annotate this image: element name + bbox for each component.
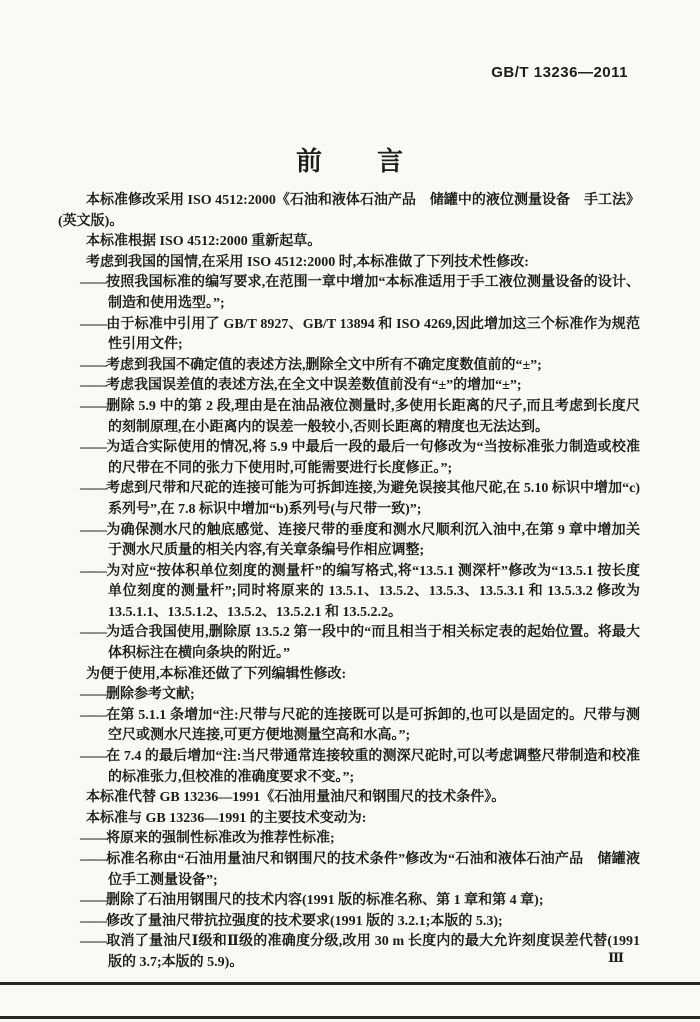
text-run: 为适合我国使用,删除原 13.5.2 第一段中的“而且相当于相关标定表的起始位置… — [106, 625, 640, 661]
text-run: 在 7.4 的最后增加“注:当尺带通常连接较重的测深尺砣时,可以考虑调整尺带制造… — [106, 749, 640, 785]
text-run: 考虑到尺带和尺砣的连接可能为可拆卸连接,为避免误接其他尺砣,在 5.10 标识中… — [106, 481, 640, 517]
text-run: 在第 5.1.1 条增加“注:尺带与尺砣的连接既可以是可拆卸的,也可以是固定的。… — [106, 708, 640, 744]
text-run: 为对应“按体积单位刻度的测量杆”的编写格式,将“13.5.1 测深杆”修改为“1… — [106, 564, 640, 620]
text-run: 考虑到我国的国情,在采用 ISO 4512:2000 时,本标准做了下列技术性修… — [86, 255, 529, 270]
em-dash-bullet: —— — [80, 358, 106, 373]
change-list-item: ——在 7.4 的最后增加“注:当尺带通常连接较重的测深尺砣时,可以考虑调整尺带… — [58, 747, 640, 788]
em-dash-bullet: —— — [80, 523, 106, 538]
text-run: 标准名称由“石油用量油尺和钢围尺的技术条件”修改为“石油和液体石油产品 储罐液位… — [106, 852, 640, 888]
text-run: 为便于使用,本标准还做了下列编辑性修改: — [86, 667, 346, 682]
em-dash-bullet: —— — [80, 564, 106, 579]
change-list-item: ——为对应“按体积单位刻度的测量杆”的编写格式,将“13.5.1 测深杆”修改为… — [58, 562, 640, 624]
paragraph: 本标准修改采用 ISO 4512:2000《石油和液体石油产品 储罐中的液位测量… — [58, 191, 640, 232]
text-run: 删除了石油用钢围尺的技术内容(1991 版的标准名称、第 1 章和第 4 章); — [106, 893, 544, 908]
change-list-item: ——考虑到尺带和尺砣的连接可能为可拆卸连接,为避免误接其他尺砣,在 5.10 标… — [58, 479, 640, 520]
change-list-item: ——由于标准中引用了 GB/T 8927、GB/T 13894 和 ISO 42… — [58, 315, 640, 356]
text-run: 本标准修改采用 ISO 4512:2000《石油和液体石油产品 储罐中的液位测量… — [58, 193, 640, 229]
change-list-item: ——删除了石油用钢围尺的技术内容(1991 版的标准名称、第 1 章和第 4 章… — [58, 891, 640, 912]
text-run: 修改了量油尺带抗拉强度的技术要求(1991 版的 3.2.1;本版的 5.3); — [106, 914, 503, 929]
em-dash-bullet: —— — [80, 481, 106, 496]
change-list-item: ——删除 5.9 中的第 2 段,理由是在油品液位测量时,多使用长距离的尺子,而… — [58, 397, 640, 438]
text-run: 由于标准中引用了 GB/T 8927、GB/T 13894 和 ISO 4269… — [106, 317, 640, 353]
document-body: 本标准修改采用 ISO 4512:2000《石油和液体石油产品 储罐中的液位测量… — [58, 191, 640, 974]
change-list-item: ——为确保测水尺的触底感觉、连接尺带的垂度和测水尺顺利沉入油中,在第 9 章中增… — [58, 521, 640, 562]
em-dash-bullet: —— — [80, 399, 106, 414]
change-list-item: ——取消了量油尺Ⅰ级和Ⅱ级的准确度分级,改用 30 m 长度内的最大允许刻度误差… — [58, 932, 640, 973]
text-run: 为确保测水尺的触底感觉、连接尺带的垂度和测水尺顺利沉入油中,在第 9 章中增加关… — [106, 523, 640, 559]
em-dash-bullet: —— — [80, 934, 106, 949]
page-bottom-edge-line — [0, 982, 700, 985]
text-run: 本标准根据 ISO 4512:2000 重新起草。 — [86, 234, 321, 249]
em-dash-bullet: —— — [80, 749, 106, 764]
change-list-item: ——为适合实际使用的情况,将 5.9 中最后一段的最后一句修改为“当按标准张力制… — [58, 438, 640, 479]
em-dash-bullet: —— — [80, 893, 106, 908]
change-list-item: ——修改了量油尺带抗拉强度的技术要求(1991 版的 3.2.1;本版的 5.3… — [58, 912, 640, 933]
text-run: 考虑到我国不确定值的表述方法,删除全文中所有不确定度数值前的“±”; — [106, 358, 542, 373]
em-dash-bullet: —— — [80, 625, 106, 640]
change-list-item: ——为适合我国使用,删除原 13.5.2 第一段中的“而且相当于相关标定表的起始… — [58, 623, 640, 664]
em-dash-bullet: —— — [80, 852, 106, 867]
em-dash-bullet: —— — [80, 440, 106, 455]
em-dash-bullet: —— — [80, 687, 106, 702]
change-list-item: ——考虑我国误差值的表述方法,在全文中误差数值前没有“±”的增加“±”; — [58, 376, 640, 397]
change-list-item: ——删除参考文献; — [58, 685, 640, 706]
text-run: 将原来的强制性标准改为推荐性标准; — [106, 831, 335, 846]
change-list-item: ——标准名称由“石油用量油尺和钢围尺的技术条件”修改为“石油和液体石油产品 储罐… — [58, 850, 640, 891]
text-run: 考虑我国误差值的表述方法,在全文中误差数值前没有“±”的增加“±”; — [106, 378, 522, 393]
change-list-item: ——按照我国标准的编写要求,在范围一章中增加“本标准适用于手工液位测量设备的设计… — [58, 273, 640, 314]
scanned-standard-page: GB/T 13236—2011 前 言 本标准修改采用 ISO 4512:200… — [0, 0, 700, 1022]
paragraph: 为便于使用,本标准还做了下列编辑性修改: — [58, 665, 640, 686]
em-dash-bullet: —— — [80, 275, 106, 290]
scan-bottom-edge-line — [0, 1016, 700, 1019]
em-dash-bullet: —— — [80, 831, 106, 846]
text-run: 按照我国标准的编写要求,在范围一章中增加“本标准适用于手工液位测量设备的设计、制… — [106, 275, 640, 311]
paragraph: 本标准代替 GB 13236—1991《石油用量油尺和钢围尺的技术条件》。 — [58, 788, 640, 809]
paragraph: 本标准根据 ISO 4512:2000 重新起草。 — [58, 232, 640, 253]
paragraph: 本标准与 GB 13236—1991 的主要技术变动为: — [58, 809, 640, 830]
em-dash-bullet: —— — [80, 708, 106, 723]
text-run: 本标准代替 GB 13236—1991《石油用量油尺和钢围尺的技术条件》。 — [86, 790, 505, 805]
text-run: 删除参考文献; — [106, 687, 195, 702]
page-number: Ⅲ — [608, 950, 624, 966]
change-list-item: ——将原来的强制性标准改为推荐性标准; — [58, 829, 640, 850]
em-dash-bullet: —— — [80, 317, 106, 332]
em-dash-bullet: —— — [80, 378, 106, 393]
standard-number: GB/T 13236—2011 — [491, 64, 628, 81]
text-run: 删除 5.9 中的第 2 段,理由是在油品液位测量时,多使用长距离的尺子,而且考… — [106, 399, 640, 435]
text-run: 取消了量油尺Ⅰ级和Ⅱ级的准确度分级,改用 30 m 长度内的最大允许刻度误差代替… — [106, 934, 640, 970]
em-dash-bullet: —— — [80, 914, 106, 929]
page-title: 前 言 — [0, 141, 700, 178]
text-run: 本标准与 GB 13236—1991 的主要技术变动为: — [86, 811, 366, 826]
text-run: 为适合实际使用的情况,将 5.9 中最后一段的最后一句修改为“当按标准张力制造或… — [106, 440, 640, 476]
paragraph: 考虑到我国的国情,在采用 ISO 4512:2000 时,本标准做了下列技术性修… — [58, 253, 640, 274]
change-list-item: ——在第 5.1.1 条增加“注:尺带与尺砣的连接既可以是可拆卸的,也可以是固定… — [58, 706, 640, 747]
change-list-item: ——考虑到我国不确定值的表述方法,删除全文中所有不确定度数值前的“±”; — [58, 356, 640, 377]
